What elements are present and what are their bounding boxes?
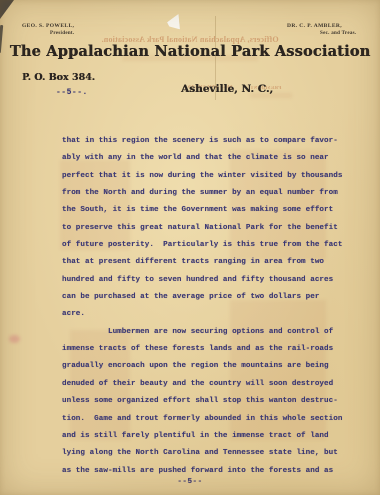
ink-smudge: [9, 335, 20, 343]
typed-line: unless some organized effort shall stop …: [62, 393, 360, 410]
letter-body: that in this region the scenery is such …: [62, 133, 360, 480]
typed-page-marker: --5--.: [56, 88, 88, 97]
typed-line: from the North and during the summer by …: [62, 185, 360, 202]
typed-line: that in this region the scenery is such …: [62, 133, 360, 150]
typed-line: hundred and fifty to seven hundred and f…: [62, 272, 360, 289]
city-line: Asheville, N. C.,: [181, 83, 273, 95]
typed-line: lying along the North Carolina and Tenne…: [62, 445, 360, 462]
po-box-line: P. O. Box 384.: [22, 72, 95, 83]
officer-right-title: Sec. and Treas.: [320, 31, 356, 36]
typed-line: of future posterity. Particularly is thi…: [62, 237, 360, 254]
officer-right-name: DR. C. P. AMBLER,: [287, 23, 356, 29]
officer-left-title: President.: [50, 31, 74, 36]
typed-line: gradually encroach upon the region the m…: [62, 358, 360, 375]
officer-right-block: DR. C. P. AMBLER, Sec. and Treas.: [287, 23, 356, 36]
typed-line: that at present different tracts ranging…: [62, 254, 360, 271]
letter-page: Officers, Appalachian National Park Asso…: [0, 0, 380, 495]
typed-line: to preserve this great natural National …: [62, 220, 360, 237]
typed-line: can be purchased at the average price of…: [62, 289, 360, 306]
scan-corner-shadow: [0, 0, 14, 19]
typed-line: perfect that it is now during the winter…: [62, 168, 360, 185]
typed-line: acre.: [62, 306, 360, 323]
organization-name: The Appalachian National Park Associatio…: [0, 43, 380, 60]
page-number: --5--: [0, 478, 380, 486]
typed-line: Lumbermen are now securing options and c…: [62, 324, 360, 341]
typed-line: denuded of their beauty and the country …: [62, 376, 360, 393]
typed-line: and is still farely plentiful in the imm…: [62, 428, 360, 445]
paper-hole: [167, 14, 180, 30]
officer-left-name: GEO. S. POWELL,: [22, 23, 74, 29]
typed-line: ably with any in the world and that the …: [62, 150, 360, 167]
typed-line: the South, it is time the Government was…: [62, 202, 360, 219]
typed-line: immense tracts of these forests lands an…: [62, 341, 360, 358]
officer-left-block: GEO. S. POWELL, President.: [22, 23, 74, 36]
typed-line: tion. Game and trout formerly abounded i…: [62, 411, 360, 428]
